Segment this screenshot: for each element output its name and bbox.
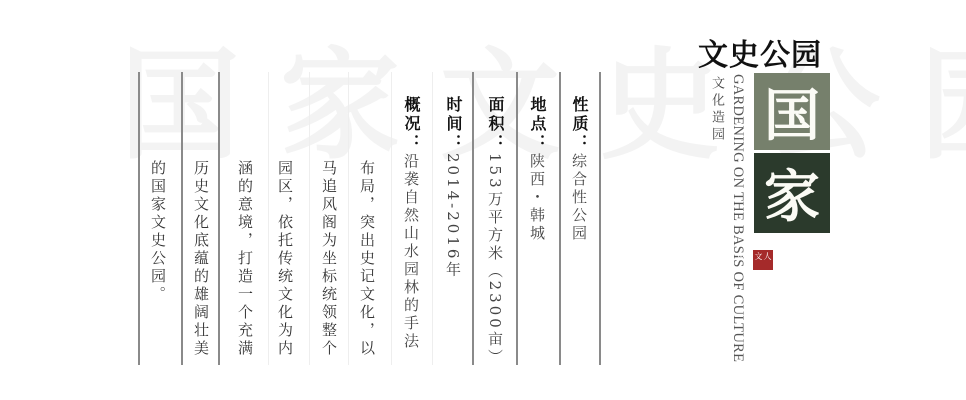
logo-square-top: 国	[754, 73, 830, 150]
info-value: 陕西・韩城	[528, 153, 546, 243]
body-column: 马追风阁为坐标统领整个	[319, 160, 339, 358]
body-column: 涵的意境，打造一个充满	[235, 160, 255, 358]
divider-line	[391, 72, 392, 365]
divider-line	[599, 72, 601, 365]
divider-line	[516, 72, 518, 365]
info-label: 面积：	[486, 96, 505, 153]
body-column: 的国家文史公园。	[148, 160, 168, 304]
divider-line	[268, 72, 269, 365]
english-tagline: GARDENING ON THE BASIS OF CULTURE	[729, 74, 746, 362]
info-value: 沿袭自然山水园林的手法	[402, 153, 420, 351]
body-column: 布局，突出史记文化，以	[357, 160, 377, 358]
page-title: 文史公园	[698, 30, 822, 74]
info-area: 面积：153万平方米（2300亩）	[485, 96, 505, 367]
divider-line	[138, 72, 140, 365]
info-label: 概况：	[402, 96, 421, 153]
info-label: 性质：	[570, 96, 589, 153]
divider-line	[559, 72, 561, 365]
divider-line	[218, 72, 220, 365]
logo-square-bottom: 家	[754, 153, 830, 233]
info-value: 2014-2016年	[444, 153, 462, 279]
subtitle-vertical: 文化造园	[707, 76, 726, 144]
red-seal-icon: 人文景观	[753, 250, 773, 270]
info-label: 地点：	[528, 96, 547, 153]
info-overview: 概况：沿袭自然山水园林的手法	[401, 96, 421, 351]
info-location: 地点：陕西・韩城	[527, 96, 547, 243]
info-nature: 性质：综合性公园	[569, 96, 589, 243]
body-column: 园区，依托传统文化为内	[275, 160, 295, 358]
divider-line	[472, 72, 474, 365]
divider-line	[309, 72, 310, 365]
info-time: 时间：2014-2016年	[443, 96, 463, 279]
divider-line	[348, 72, 349, 365]
divider-line	[181, 72, 183, 365]
info-value: 综合性公园	[570, 153, 588, 243]
info-value: 153万平方米（2300亩）	[486, 153, 504, 367]
body-column: 历史文化底蕴的雄阔壮美	[191, 160, 211, 358]
divider-line	[432, 72, 433, 365]
info-label: 时间：	[444, 96, 463, 153]
